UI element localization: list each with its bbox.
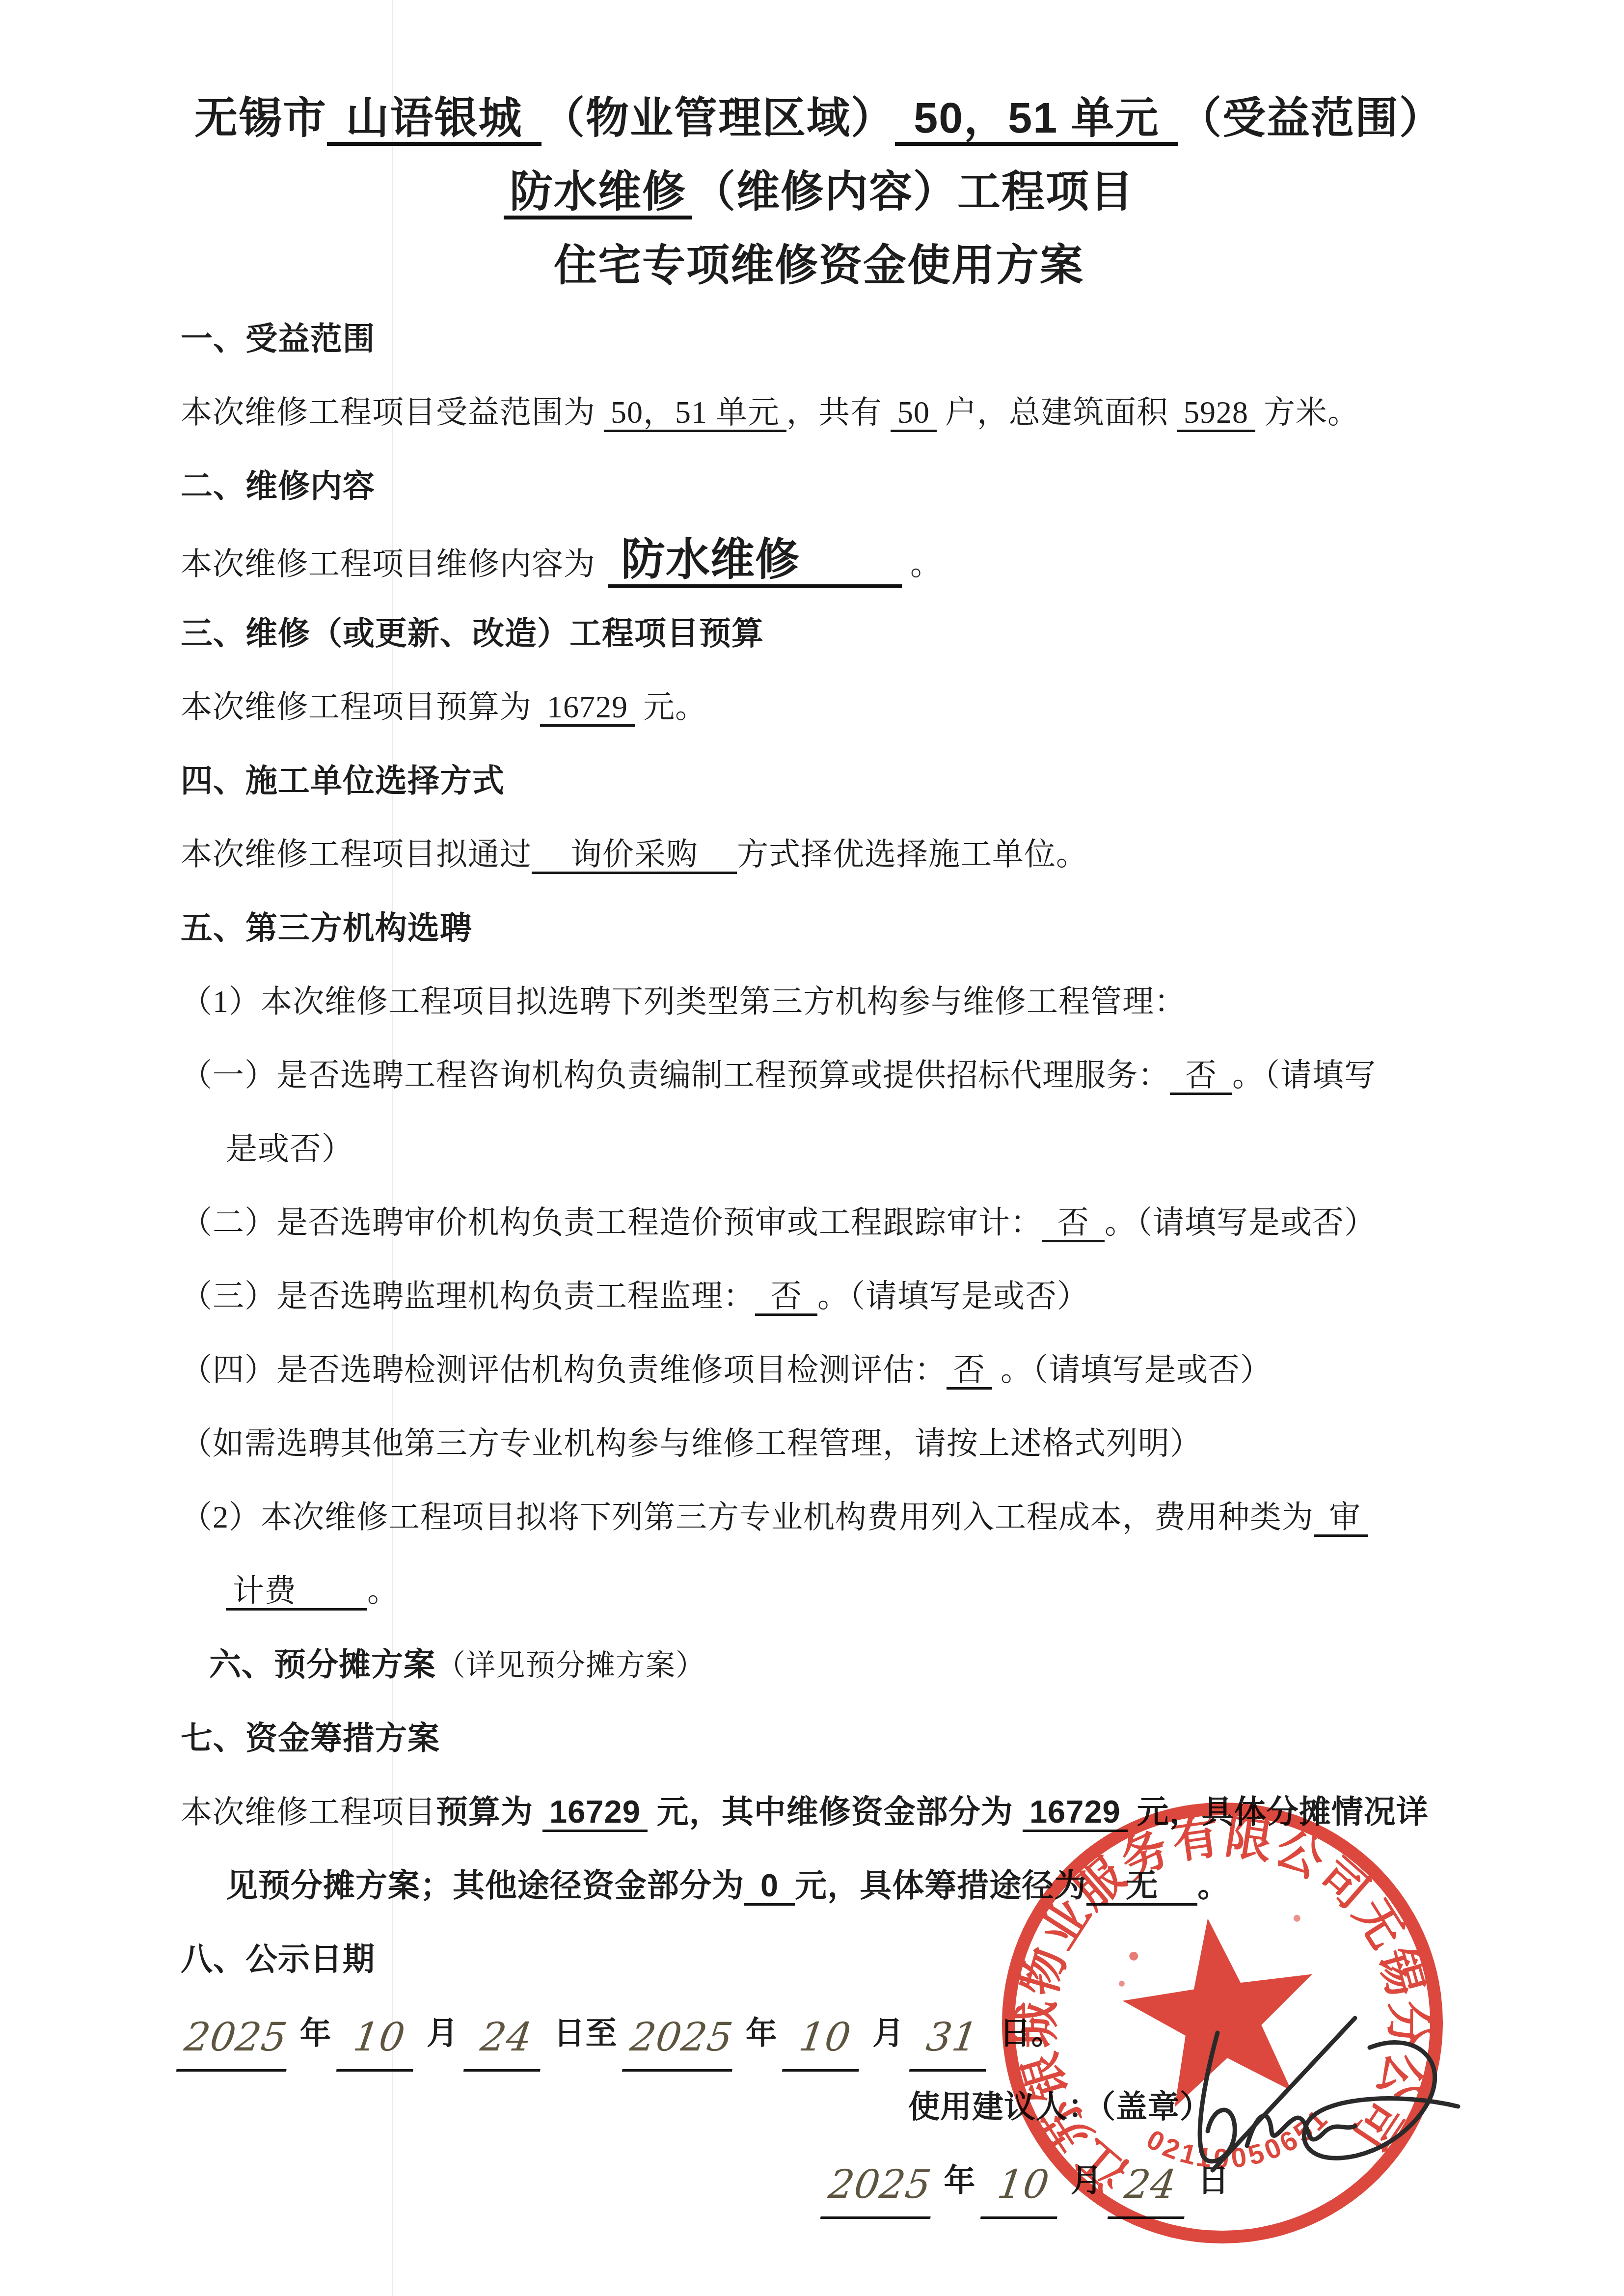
section-3-heading: 三、维修（或更新、改造）工程项目预算 bbox=[181, 597, 1457, 670]
filled-value: 50 bbox=[891, 395, 937, 432]
handwritten-value: 10 bbox=[782, 2008, 867, 2072]
text-segment-bold: 一、受益范围 bbox=[181, 321, 375, 356]
filled-value: 否 bbox=[755, 1279, 817, 1316]
filled-value: 否 bbox=[1042, 1205, 1105, 1242]
handwritten-value: 2025 bbox=[622, 2008, 741, 2072]
text-segment: 本次维修工程项目维修内容为 bbox=[181, 547, 595, 581]
handwritten-value: 24 bbox=[463, 2008, 549, 2072]
text-segment: 住宅专项维修资金使用方案 bbox=[554, 241, 1084, 289]
text-segment-bold: 年 bbox=[935, 2162, 985, 2198]
text-segment-bold: 五、第三方机构选聘 bbox=[181, 910, 472, 946]
section-6-heading: 六、预分摊方案（详见预分摊方案） bbox=[181, 1628, 1457, 1701]
section-5-heading: 五、第三方机构选聘 bbox=[181, 891, 1457, 965]
text-segment: （2）本次维修工程项目拟将下列第三方专业机构费用列入工程成本，费用种类为 bbox=[181, 1500, 1314, 1534]
section-1-body: 本次维修工程项目受益范围为 50，51 单元，共有 50 户，总建筑面积 592… bbox=[181, 376, 1457, 449]
title-line-2: 防水维修（维修内容）工程项目 bbox=[181, 155, 1457, 228]
text-segment: 。（请填写是或否） bbox=[992, 1352, 1272, 1387]
text-segment: 。（请填写是或否） bbox=[1105, 1205, 1376, 1240]
handwritten-value: 2025 bbox=[176, 2008, 295, 2072]
filled-value: 询价采购 bbox=[532, 837, 737, 874]
text-segment: 。 bbox=[367, 1573, 399, 1608]
handwritten-value: 10 bbox=[336, 2008, 422, 2072]
text-segment-bold: 见预分摊方案；其他途径资金部分为 bbox=[226, 1867, 744, 1903]
text-segment-bold: 年 bbox=[291, 2015, 341, 2050]
title-line-3: 住宅专项维修资金使用方案 bbox=[181, 228, 1457, 302]
text-segment: （1）本次维修工程项目拟选聘下列类型第三方机构参与维修工程管理： bbox=[181, 984, 1186, 1019]
filled-value: 50，51 单元 bbox=[604, 395, 786, 432]
text-segment: （受益范围） bbox=[1178, 93, 1443, 142]
text-segment-bold: 月 bbox=[417, 2015, 468, 2050]
text-segment: 本次维修工程项目受益范围为 bbox=[181, 395, 604, 430]
text-segment-bold: 三、维修（或更新、改造）工程项目预算 bbox=[181, 615, 764, 651]
text-segment: （详见预分摊方案） bbox=[436, 1649, 705, 1682]
section-7-heading: 七、资金筹措方案 bbox=[181, 1701, 1457, 1775]
filled-value: 计费 bbox=[226, 1573, 367, 1611]
section-5-q1: （一）是否选聘工程咨询机构负责编制工程预算或提供招标代理服务： 否 。（请填写 bbox=[181, 1039, 1457, 1112]
filled-value: 50，51 单元 bbox=[895, 93, 1178, 146]
filled-value: 否 bbox=[947, 1352, 992, 1390]
text-segment: 无锡市 bbox=[194, 93, 327, 142]
filled-value-large: 防水维修 bbox=[608, 535, 902, 588]
filled-value: 否 bbox=[1170, 1058, 1232, 1095]
text-segment-bold: 元，其中维修资金部分为 bbox=[648, 1794, 1023, 1830]
section-5-q3: （三）是否选聘监理机构负责工程监理： 否 。（请填写是或否） bbox=[181, 1259, 1457, 1333]
section-5-q4: （四）是否选聘检测评估机构负责维修项目检测评估：否 。（请填写是或否） bbox=[181, 1333, 1457, 1407]
text-segment-bold: 七、资金筹措方案 bbox=[181, 1720, 440, 1756]
text-segment: 是或否） bbox=[226, 1131, 353, 1166]
filled-value: 0 bbox=[744, 1867, 795, 1906]
handwritten-signature bbox=[1144, 2003, 1488, 2210]
text-segment-bold: 日至 bbox=[544, 2015, 627, 2050]
text-segment: 元。 bbox=[635, 689, 707, 724]
section-5-q1-cont: 是或否） bbox=[181, 1112, 1457, 1186]
text-segment: （如需选聘其他第三方专业机构参与维修工程管理，请按上述格式列明） bbox=[181, 1426, 1202, 1461]
filled-value: 山语银城 bbox=[327, 93, 541, 146]
section-4-heading: 四、施工单位选择方式 bbox=[181, 744, 1457, 818]
text-segment: 。（请填写是或否） bbox=[817, 1279, 1089, 1313]
section-5-item-1: （1）本次维修工程项目拟选聘下列类型第三方机构参与维修工程管理： bbox=[181, 965, 1457, 1039]
section-5-item-2: （2）本次维修工程项目拟将下列第三方专业机构费用列入工程成本，费用种类为 审 bbox=[181, 1480, 1457, 1554]
text-segment: （二）是否选聘审价机构负责工程造价预审或工程跟踪审计： bbox=[181, 1205, 1042, 1240]
title-line-1: 无锡市 山语银城 （物业管理区域） 50，51 单元 （受益范围） bbox=[181, 81, 1457, 155]
text-segment-bold: 预算为 bbox=[436, 1794, 542, 1830]
text-segment: 本次维修工程项目拟通过 bbox=[181, 837, 532, 872]
section-4-body: 本次维修工程项目拟通过 询价采购 方式择优选择施工单位。 bbox=[181, 818, 1457, 891]
text-segment-bold: 年 bbox=[736, 2015, 787, 2050]
text-segment: 方式择优选择施工单位。 bbox=[737, 837, 1088, 872]
text-segment: （物业管理区域） bbox=[541, 93, 895, 142]
text-segment-bold: 六、预分摊方案 bbox=[209, 1646, 436, 1682]
text-segment: 方米。 bbox=[1255, 395, 1359, 430]
text-segment-bold: 八、公示日期 bbox=[181, 1941, 375, 1977]
filled-value: 审 bbox=[1314, 1500, 1368, 1537]
section-5-note: （如需选聘其他第三方专业机构参与维修工程管理，请按上述格式列明） bbox=[181, 1407, 1457, 1480]
handwritten-value: 31 bbox=[909, 2008, 995, 2072]
section-1-heading: 一、受益范围 bbox=[181, 302, 1457, 376]
section-5-item-2-cont: 计费 。 bbox=[181, 1554, 1457, 1628]
text-segment-bold: 二、维修内容 bbox=[181, 468, 375, 504]
text-segment: （一）是否选聘工程咨询机构负责编制工程预算或提供招标代理服务： bbox=[181, 1058, 1170, 1093]
text-segment: 户，总建筑面积 bbox=[937, 395, 1177, 430]
text-segment: 本次维修工程项目预算为 bbox=[181, 689, 540, 724]
section-2-body: 本次维修工程项目维修内容为防水维修 。 bbox=[181, 523, 1457, 597]
text-segment-bold: 月 bbox=[863, 2015, 914, 2050]
text-segment: （四）是否选聘检测评估机构负责维修项目检测评估： bbox=[181, 1352, 947, 1387]
section-5-q2: （二）是否选聘审价机构负责工程造价预审或工程跟踪审计： 否 。（请填写是或否） bbox=[181, 1186, 1457, 1259]
filled-value: 16729 bbox=[540, 689, 635, 727]
text-segment: （三）是否选聘监理机构负责工程监理： bbox=[181, 1279, 755, 1313]
filled-value: 16729 bbox=[542, 1794, 648, 1832]
text-segment: 。 bbox=[902, 547, 942, 581]
text-segment-bold: 四、施工单位选择方式 bbox=[181, 763, 505, 798]
section-3-body: 本次维修工程项目预算为 16729 元。 bbox=[181, 670, 1457, 744]
text-segment: 。（请填写 bbox=[1232, 1058, 1376, 1093]
scanned-document-page: 无锡市 山语银城 （物业管理区域） 50，51 单元 （受益范围）防水维修（维修… bbox=[0, 0, 1624, 2296]
section-2-heading: 二、维修内容 bbox=[181, 449, 1457, 523]
text-segment: （维修内容）工程项目 bbox=[692, 167, 1134, 216]
text-segment: 本次维修工程项目 bbox=[181, 1795, 436, 1830]
filled-value: 防水维修 bbox=[504, 167, 692, 219]
text-segment: ，共有 bbox=[786, 395, 891, 430]
filled-value: 5928 bbox=[1177, 395, 1255, 432]
handwritten-value: 2025 bbox=[820, 2156, 939, 2219]
